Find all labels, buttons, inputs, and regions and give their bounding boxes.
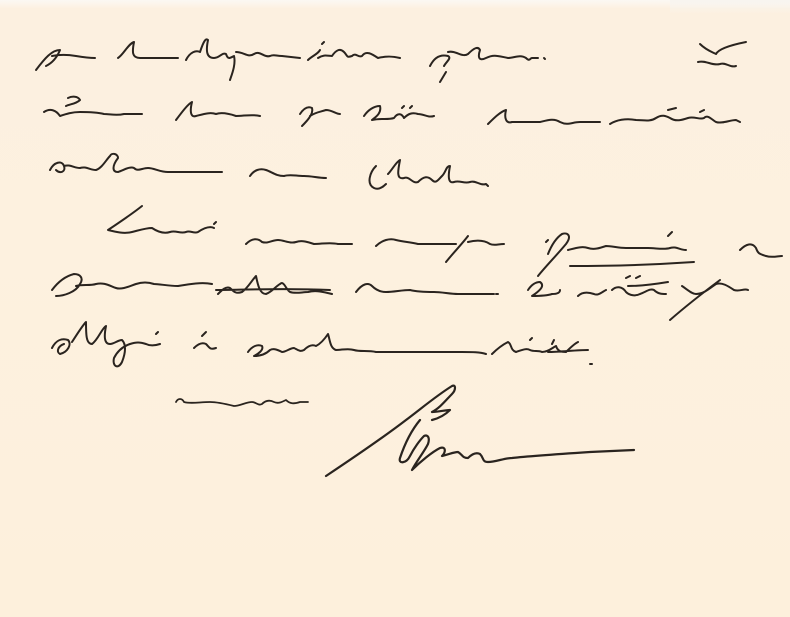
handwriting-ink [0,0,790,617]
handwritten-line-3 [50,154,488,189]
handwritten-line-1 [36,39,746,82]
letter-page: que le départ s'est bien effectué. Le da… [0,0,790,617]
handwritten-line-6 [52,322,592,366]
handwritten-line-5 [52,274,748,320]
handwritten-signature [326,386,634,476]
handwritten-line-4 [108,206,782,276]
handwritten-line-2 [44,97,740,126]
handwritten-closing [176,399,308,406]
